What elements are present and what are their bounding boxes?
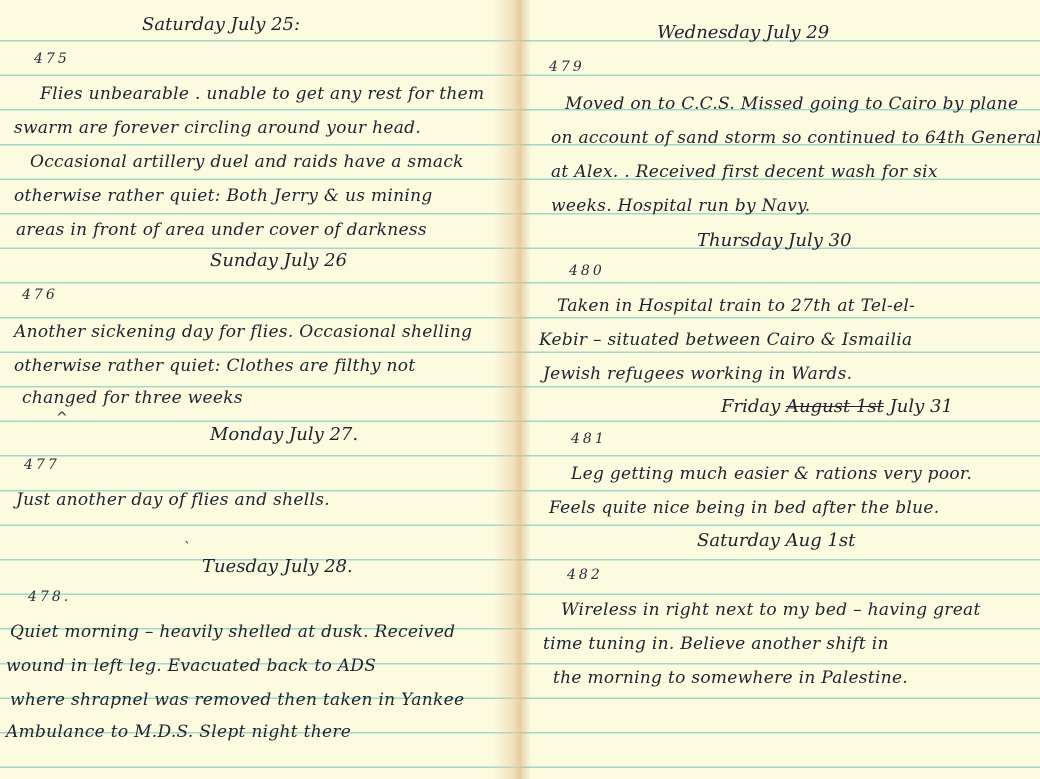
caret-mark-icon: ^ (56, 410, 68, 426)
date-heading: Wednesday July 29 (657, 22, 829, 44)
entry-text-line: at Alex. . Received first decent wash fo… (551, 162, 938, 182)
date-struck-out: August 1st (786, 396, 884, 417)
right-page: Wednesday July 29 479 Moved on to C.C.S.… (521, 0, 1040, 779)
date-heading: Thursday July 30 (697, 230, 852, 252)
entry-text-line: weeks. Hospital run by Navy. (551, 196, 811, 216)
entry-number: 480 (569, 262, 605, 280)
entry-number: 475 (34, 50, 70, 68)
date-heading: Saturday July 25: (142, 14, 300, 36)
entry-text-line: wound in left leg. Evacuated back to ADS (6, 656, 376, 676)
entry-text-line: Flies unbearable . unable to get any res… (40, 84, 484, 104)
entry-text-line: Wireless in right next to my bed – havin… (561, 600, 981, 620)
entry-text-line: changed for three weeks (22, 388, 243, 408)
entry-text-line: swarm are forever circling around your h… (14, 118, 421, 138)
date-corrected: July 31 (890, 396, 953, 417)
entry-text-line: time tuning in. Believe another shift in (543, 634, 889, 654)
entry-number: 477 (24, 456, 60, 474)
pen-mark-icon: ˎ (184, 528, 191, 544)
entry-text-line: otherwise rather quiet: Both Jerry & us … (14, 186, 433, 206)
entry-text-line: Jewish refugees working in Wards. (543, 364, 852, 384)
entry-text-line: Leg getting much easier & rations very p… (571, 464, 972, 484)
entry-number: 476 (22, 286, 58, 304)
entry-text-line: Taken in Hospital train to 27th at Tel-e… (557, 296, 915, 316)
entry-text-line: Another sickening day for flies. Occasio… (14, 322, 472, 342)
entry-text-line: Moved on to C.C.S. Missed going to Cairo… (565, 94, 1018, 114)
entry-text-line: Quiet morning – heavily shelled at dusk.… (10, 622, 455, 642)
entry-number: 482 (567, 566, 603, 584)
date-heading: Friday August 1st July 31 (721, 396, 953, 418)
entry-text-line: on account of sand storm so continued to… (551, 128, 1040, 148)
entry-text-line: where shrapnel was removed then taken in… (10, 690, 464, 710)
diary-spread: Saturday July 25: 475 Flies unbearable .… (0, 0, 1040, 779)
entry-text-line: Ambulance to M.D.S. Slept night there (6, 722, 351, 742)
left-page: Saturday July 25: 475 Flies unbearable .… (0, 0, 521, 779)
entry-text-line: otherwise rather quiet: Clothes are filt… (14, 356, 415, 376)
entry-text-line: areas in front of area under cover of da… (16, 220, 427, 240)
date-heading: Monday July 27. (210, 424, 358, 446)
entry-text-line: Just another day of flies and shells. (16, 490, 330, 510)
date-heading: Saturday Aug 1st (697, 530, 855, 552)
entry-text-line: Occasional artillery duel and raids have… (30, 152, 464, 172)
date-weekday: Friday (721, 396, 780, 417)
entry-number: 479 (549, 58, 585, 76)
entry-text-line: the morning to somewhere in Palestine. (553, 668, 908, 688)
date-heading: Tuesday July 28. (202, 556, 353, 578)
date-heading: Sunday July 26 (210, 250, 347, 272)
entry-text-line: Feels quite nice being in bed after the … (549, 498, 939, 518)
entry-text-line: Kebir – situated between Cairo & Ismaili… (539, 330, 912, 350)
entry-number: 481 (571, 430, 607, 448)
entry-number: 478. (28, 588, 71, 606)
